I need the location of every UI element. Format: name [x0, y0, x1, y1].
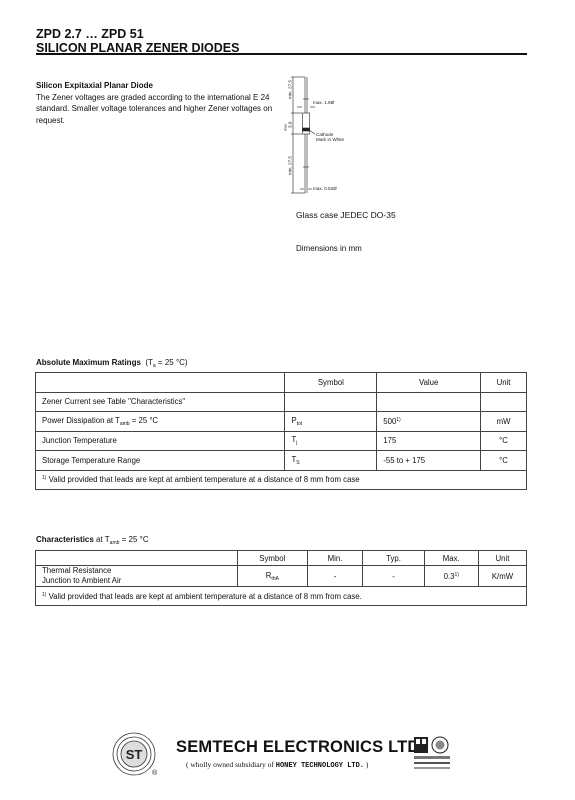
- header-unit: Unit: [478, 551, 526, 566]
- unit-cell: K/mW: [478, 566, 526, 587]
- symbol-cell: [285, 392, 377, 412]
- svg-text:max. 1.9Ø: max. 1.9Ø: [313, 100, 335, 105]
- param-cell: Zener Current see Table "Characteristics…: [36, 392, 285, 412]
- table-row: Power Dissipation at Tamb = 25 °C Ptot 5…: [36, 412, 527, 432]
- svg-text:min. 27.5: min. 27.5: [288, 156, 293, 175]
- table-header-row: Symbol Min. Typ. Max. Unit: [36, 551, 527, 566]
- package-caption: Glass case JEDEC DO-35: [296, 210, 396, 220]
- param-cell: Power Dissipation at Tamb = 25 °C: [36, 412, 285, 432]
- svg-text:min. 27.5: min. 27.5: [288, 80, 293, 99]
- typ-cell: -: [363, 566, 424, 587]
- table-row: Junction Temperature Tj 175 °C: [36, 431, 527, 451]
- table-row: Storage Temperature Range TS -55 to + 17…: [36, 451, 527, 471]
- characteristics-table: Symbol Min. Typ. Max. Unit Thermal Resis…: [35, 550, 527, 606]
- symbol-cell: Tj: [285, 431, 377, 451]
- header-unit: Unit: [481, 373, 527, 393]
- svg-text:ST: ST: [126, 747, 143, 762]
- do35-package-drawing: min. 27.5 3.9 max max. 1.9Ø Cathode Mark…: [283, 75, 403, 205]
- intro-body: The Zener voltages are graded according …: [36, 93, 272, 125]
- svg-text:max: max: [284, 124, 288, 131]
- abs-max-ratings-table: Symbol Value Unit Zener Current see Tabl…: [35, 372, 527, 490]
- svg-text:Mark in White: Mark in White: [316, 137, 345, 142]
- header-symbol: Symbol: [285, 373, 377, 393]
- min-cell: -: [307, 566, 363, 587]
- header-max: Max.: [424, 551, 478, 566]
- unit-cell: °C: [481, 431, 527, 451]
- intro-paragraph: Silicon Expitaxial Planar Diode The Zene…: [36, 80, 281, 126]
- svg-text:3.9: 3.9: [288, 121, 293, 128]
- header-min: Min.: [307, 551, 363, 566]
- symbol-cell: RthA: [238, 566, 308, 587]
- intro-heading: Silicon Expitaxial Planar Diode: [36, 80, 281, 92]
- value-cell: 175: [377, 431, 481, 451]
- footnote-row: 1) Valid provided that leads are kept at…: [36, 470, 527, 490]
- company-name: SEMTECH ELECTRONICS LTD.: [176, 738, 424, 757]
- param-cell: Junction Temperature: [36, 431, 285, 451]
- abs-max-ratings-title: Absolute Maximum Ratings (Ta = 25 °C): [36, 358, 188, 369]
- registered-mark: ®: [152, 770, 157, 777]
- dimensions-note: Dimensions in mm: [296, 244, 362, 253]
- unit-cell: mW: [481, 412, 527, 432]
- subsidiary-note: ( wholly owned subsidiary of HONEY TECHN…: [186, 760, 368, 770]
- characteristics-title: Characteristics at Tamb = 25 °C: [36, 535, 149, 546]
- semtech-logo-icon: ST: [112, 732, 156, 776]
- footnote-row: 1) Valid provided that leads are kept at…: [36, 587, 527, 606]
- footnote: 1) Valid provided that leads are kept at…: [36, 470, 527, 490]
- unit-cell: [481, 392, 527, 412]
- unit-cell: °C: [481, 451, 527, 471]
- table-row: Zener Current see Table "Characteristics…: [36, 392, 527, 412]
- table-header-row: Symbol Value Unit: [36, 373, 527, 393]
- iso-certification-badge-icon: [412, 735, 452, 773]
- symbol-cell: Ptot: [285, 412, 377, 432]
- header-value: Value: [377, 373, 481, 393]
- value-cell: 5001): [377, 412, 481, 432]
- table-row: Thermal ResistanceJunction to Ambient Ai…: [36, 566, 527, 587]
- symbol-cell: TS: [285, 451, 377, 471]
- title-divider: [36, 53, 527, 55]
- header-typ: Typ.: [363, 551, 424, 566]
- value-cell: [377, 392, 481, 412]
- footnote: 1) Valid provided that leads are kept at…: [36, 587, 527, 606]
- svg-text:max. 0.52Ø: max. 0.52Ø: [313, 186, 337, 191]
- value-cell: -55 to + 175: [377, 451, 481, 471]
- param-cell: Thermal ResistanceJunction to Ambient Ai…: [36, 566, 238, 587]
- page-title-part-range: ZPD 2.7 … ZPD 51: [36, 27, 144, 41]
- header-symbol: Symbol: [238, 551, 308, 566]
- max-cell: 0.31): [424, 566, 478, 587]
- param-cell: Storage Temperature Range: [36, 451, 285, 471]
